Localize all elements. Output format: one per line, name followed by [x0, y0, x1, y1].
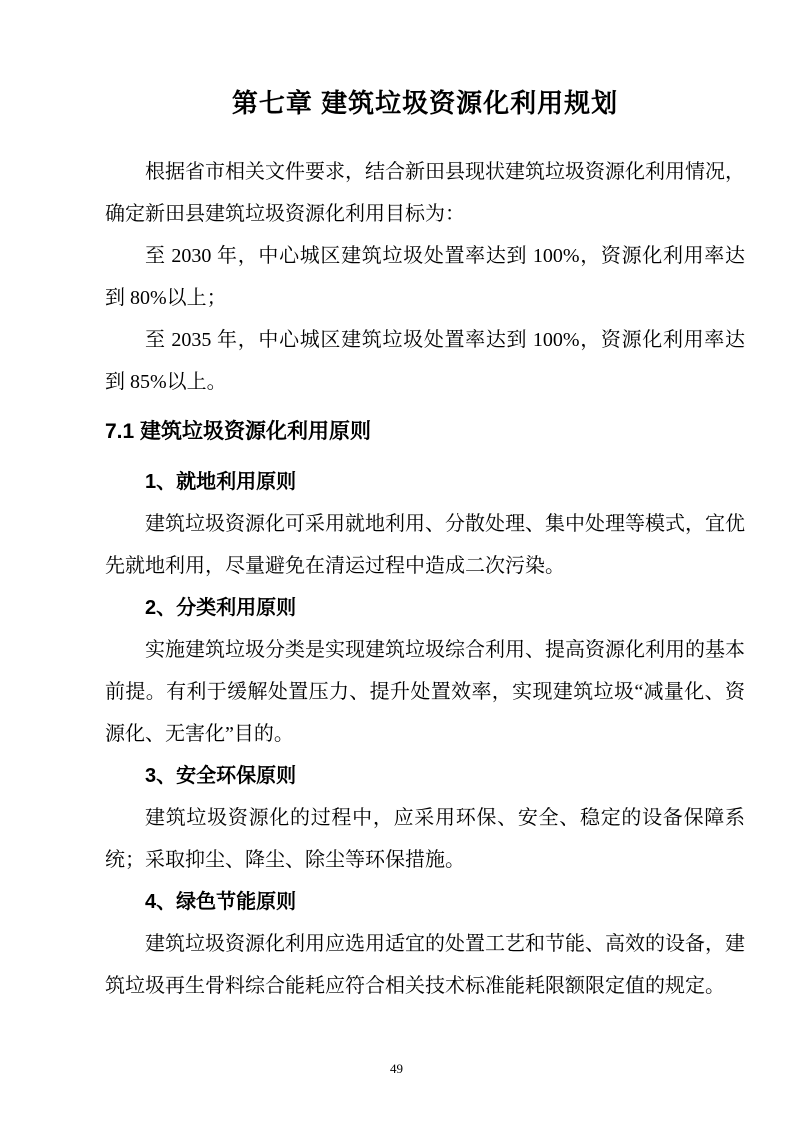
principle-1-subsection: 1、就地利用原则 建筑垃圾资源化可采用就地利用、分散处理、集中处理等模式，宜优先… [105, 461, 745, 587]
page-number: 49 [0, 1061, 793, 1077]
principle-3-subsection: 3、安全环保原则 建筑垃圾资源化的过程中，应采用环保、安全、稳定的设备保障系统；… [105, 755, 745, 881]
principle-1-heading: 1、就地利用原则 [105, 461, 745, 503]
principle-3-heading: 3、安全环保原则 [105, 755, 745, 797]
intro-paragraph: 根据省市相关文件要求，结合新田县现状建筑垃圾资源化利用情况，确定新田县建筑垃圾资… [105, 151, 745, 235]
document-content: 第七章 建筑垃圾资源化利用规划 根据省市相关文件要求，结合新田县现状建筑垃圾资源… [105, 0, 745, 1007]
principle-2-subsection: 2、分类利用原则 实施建筑垃圾分类是实现建筑垃圾综合利用、提高资源化利用的基本前… [105, 587, 745, 755]
goal-2035-paragraph: 至 2035 年，中心城区建筑垃圾处置率达到 100%，资源化利用率达到 85%… [105, 319, 745, 403]
principle-2-heading: 2、分类利用原则 [105, 587, 745, 629]
principle-4-heading: 4、绿色节能原则 [105, 881, 745, 923]
principle-4-body: 建筑垃圾资源化利用应选用适宜的处置工艺和节能、高效的设备，建筑垃圾再生骨料综合能… [105, 923, 745, 1007]
goal-2030-paragraph: 至 2030 年，中心城区建筑垃圾处置率达到 100%，资源化利用率达到 80%… [105, 235, 745, 319]
principle-2-body: 实施建筑垃圾分类是实现建筑垃圾综合利用、提高资源化利用的基本前提。有利于缓解处置… [105, 629, 745, 755]
section-7-1-heading: 7.1 建筑垃圾资源化利用原则 [105, 411, 745, 453]
principle-4-subsection: 4、绿色节能原则 建筑垃圾资源化利用应选用适宜的处置工艺和节能、高效的设备，建筑… [105, 881, 745, 1007]
principle-3-body: 建筑垃圾资源化的过程中，应采用环保、安全、稳定的设备保障系统；采取抑尘、降尘、除… [105, 797, 745, 881]
document-page: 第七章 建筑垃圾资源化利用规划 根据省市相关文件要求，结合新田县现状建筑垃圾资源… [0, 0, 793, 1122]
principle-1-body: 建筑垃圾资源化可采用就地利用、分散处理、集中处理等模式，宜优先就地利用，尽量避免… [105, 503, 745, 587]
chapter-title: 第七章 建筑垃圾资源化利用规划 [105, 88, 745, 119]
